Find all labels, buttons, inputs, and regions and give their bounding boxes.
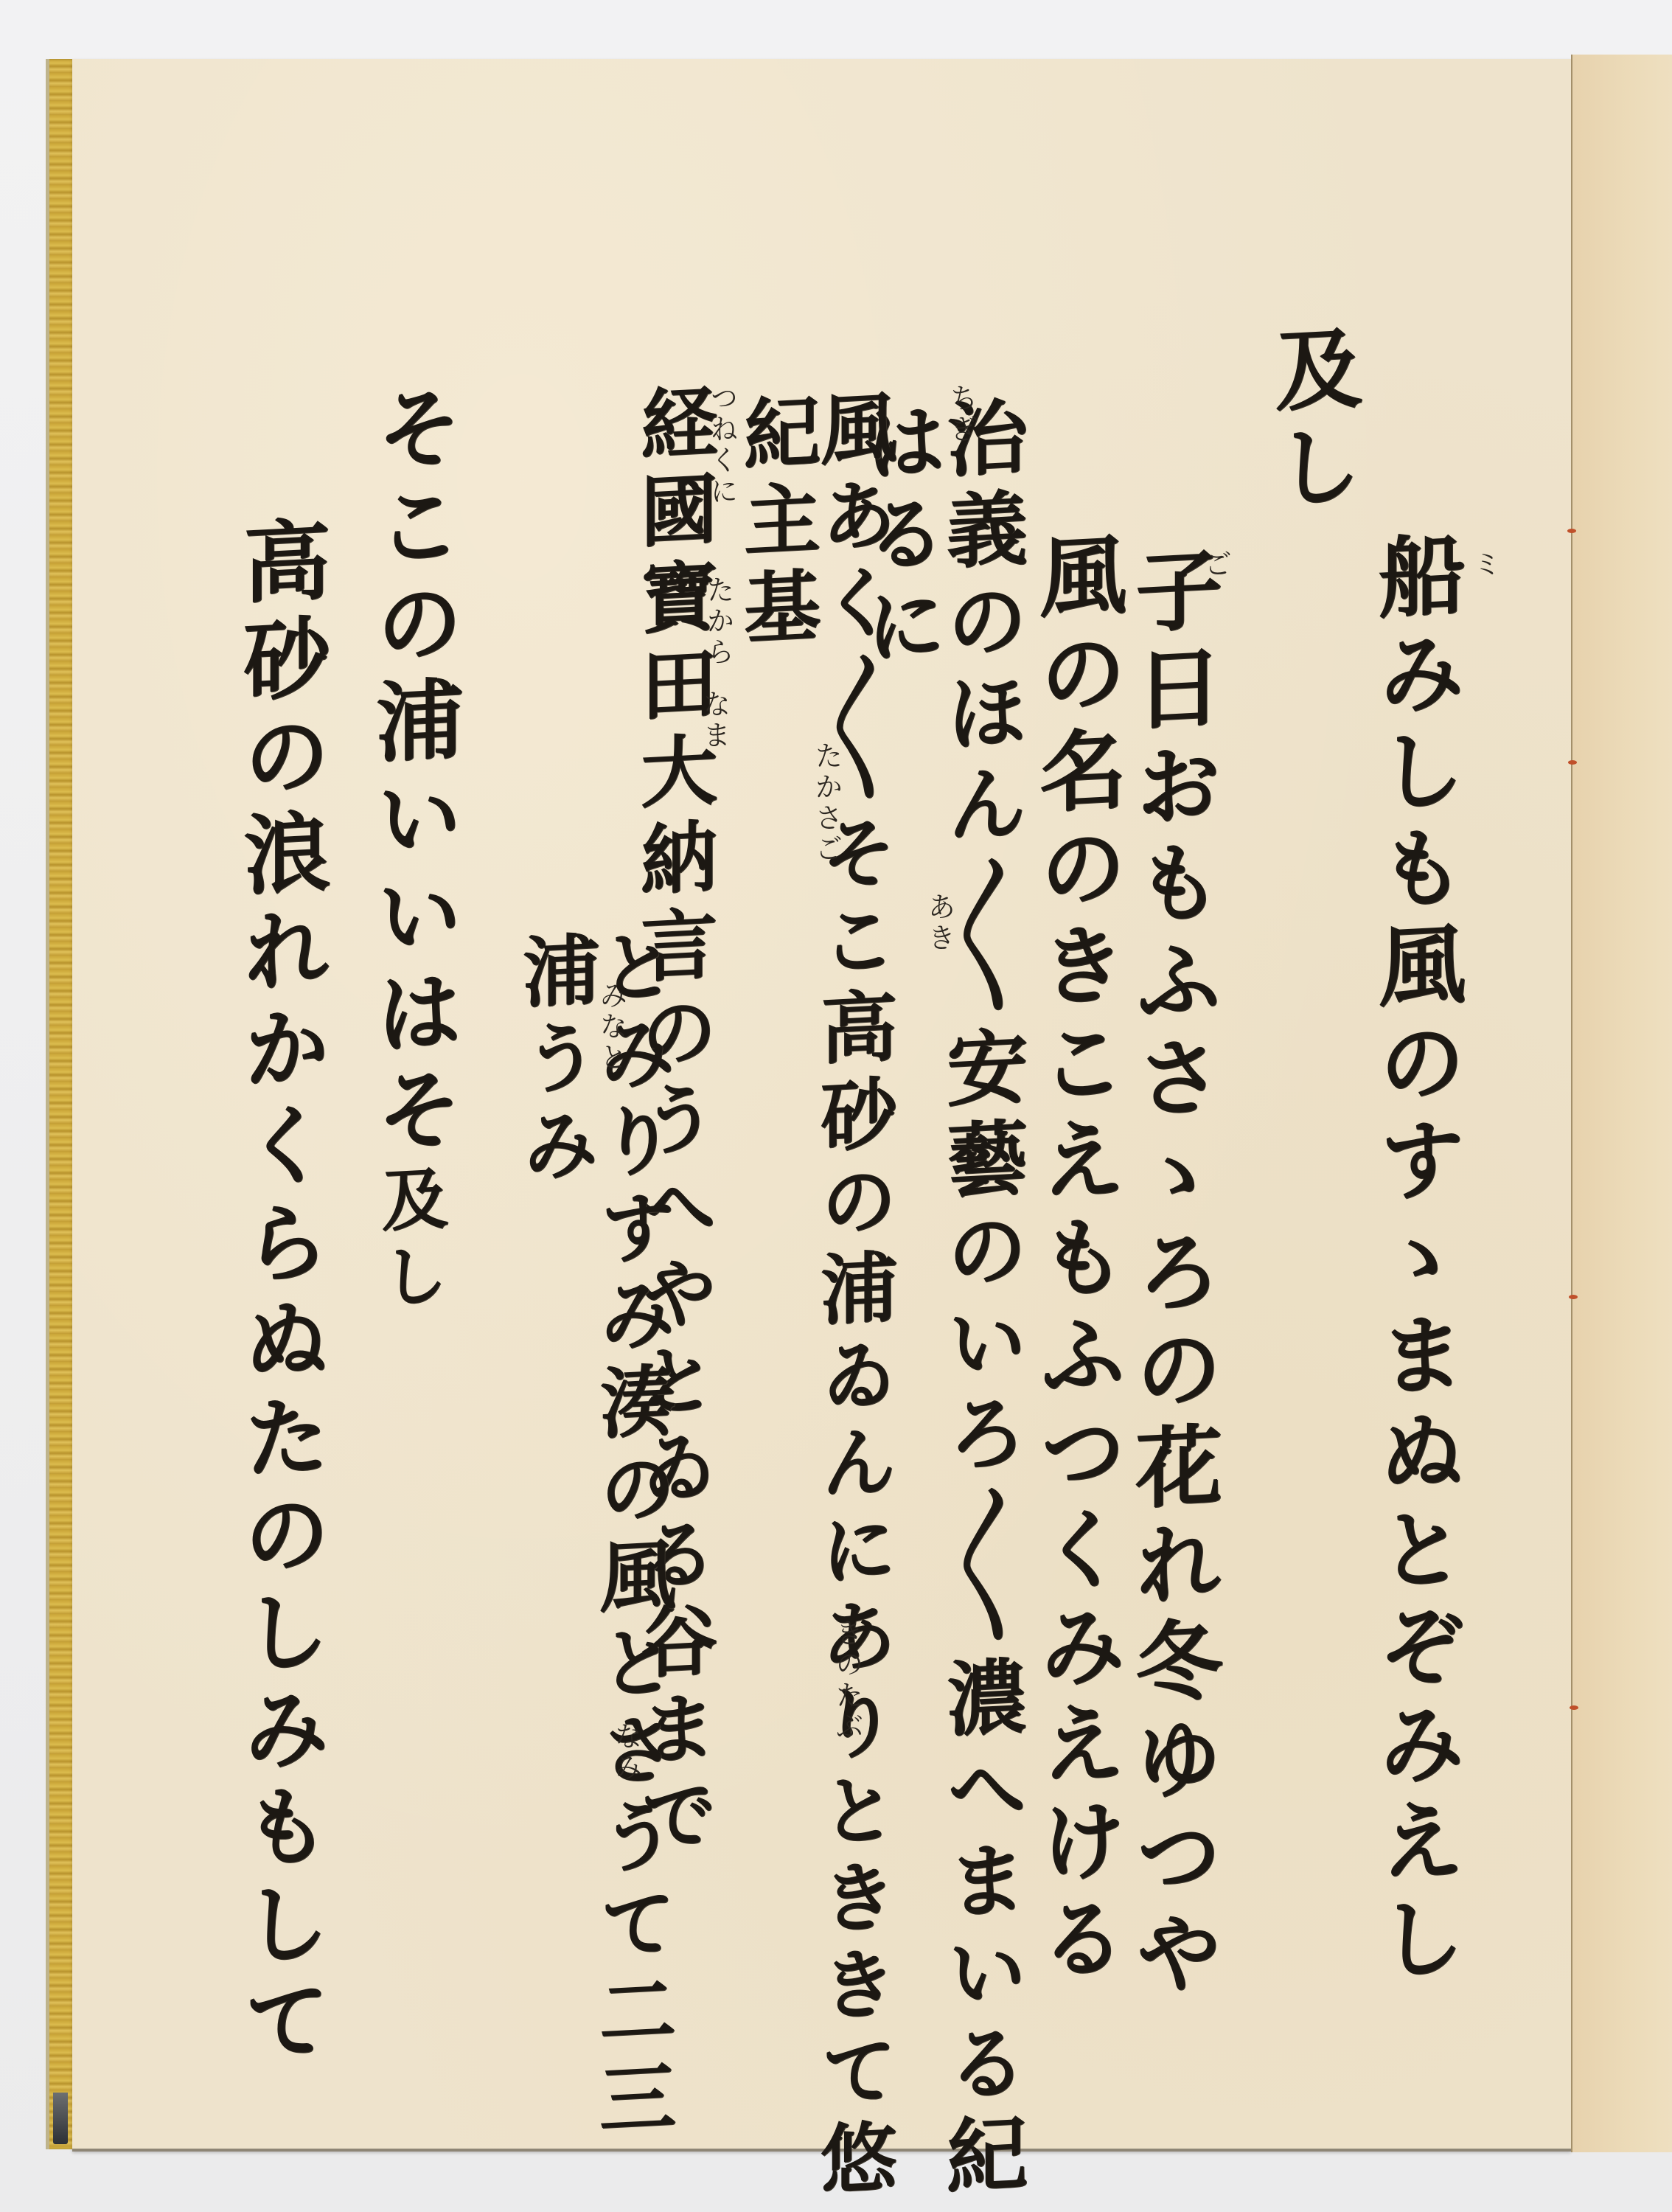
furigana: なみ bbox=[612, 1722, 640, 1784]
text-column-11: 高砂の浪れかくらぬたのしみもして bbox=[236, 514, 323, 2076]
text-column-4: 風の名のきこえもふつくみえける bbox=[1032, 529, 1119, 1993]
furigana: なま bbox=[700, 689, 728, 751]
text-column-10: 及し bbox=[376, 1164, 442, 1321]
furigana: ご bbox=[1202, 549, 1230, 580]
furigana: あき bbox=[925, 892, 953, 954]
text-column-1: 船みしも風のすゝまぬとぞみえし bbox=[1371, 529, 1458, 1993]
calligraphy-text: 船みしも風のすゝまぬとぞみえし ミ 及し 子日おもふさゝろの花れ冬ゆつや ご 風… bbox=[0, 0, 1672, 2212]
furigana: きのたぶ bbox=[833, 1618, 861, 1742]
text-column-9: そこの浦いいはそ bbox=[369, 381, 456, 1164]
furigana: ミ bbox=[1471, 549, 1499, 580]
furigana: たから bbox=[704, 575, 732, 668]
text-column-3: 子日おもふさゝろの花れ冬ゆつや bbox=[1128, 543, 1215, 2008]
text-column-6: 風あく〳〵そこ高砂の浦ゐんにありとききて悠紀主基 bbox=[737, 387, 891, 2212]
furigana: つねくに bbox=[708, 383, 736, 507]
text-column-8: とみりすみ湊の風とさうて二三浦うみ bbox=[516, 925, 669, 2212]
furigana: みなと bbox=[597, 981, 625, 1074]
text-column-2: 及し bbox=[1268, 322, 1355, 521]
furigana: たかさご bbox=[812, 741, 840, 865]
furigana: ちぎ bbox=[947, 383, 975, 445]
